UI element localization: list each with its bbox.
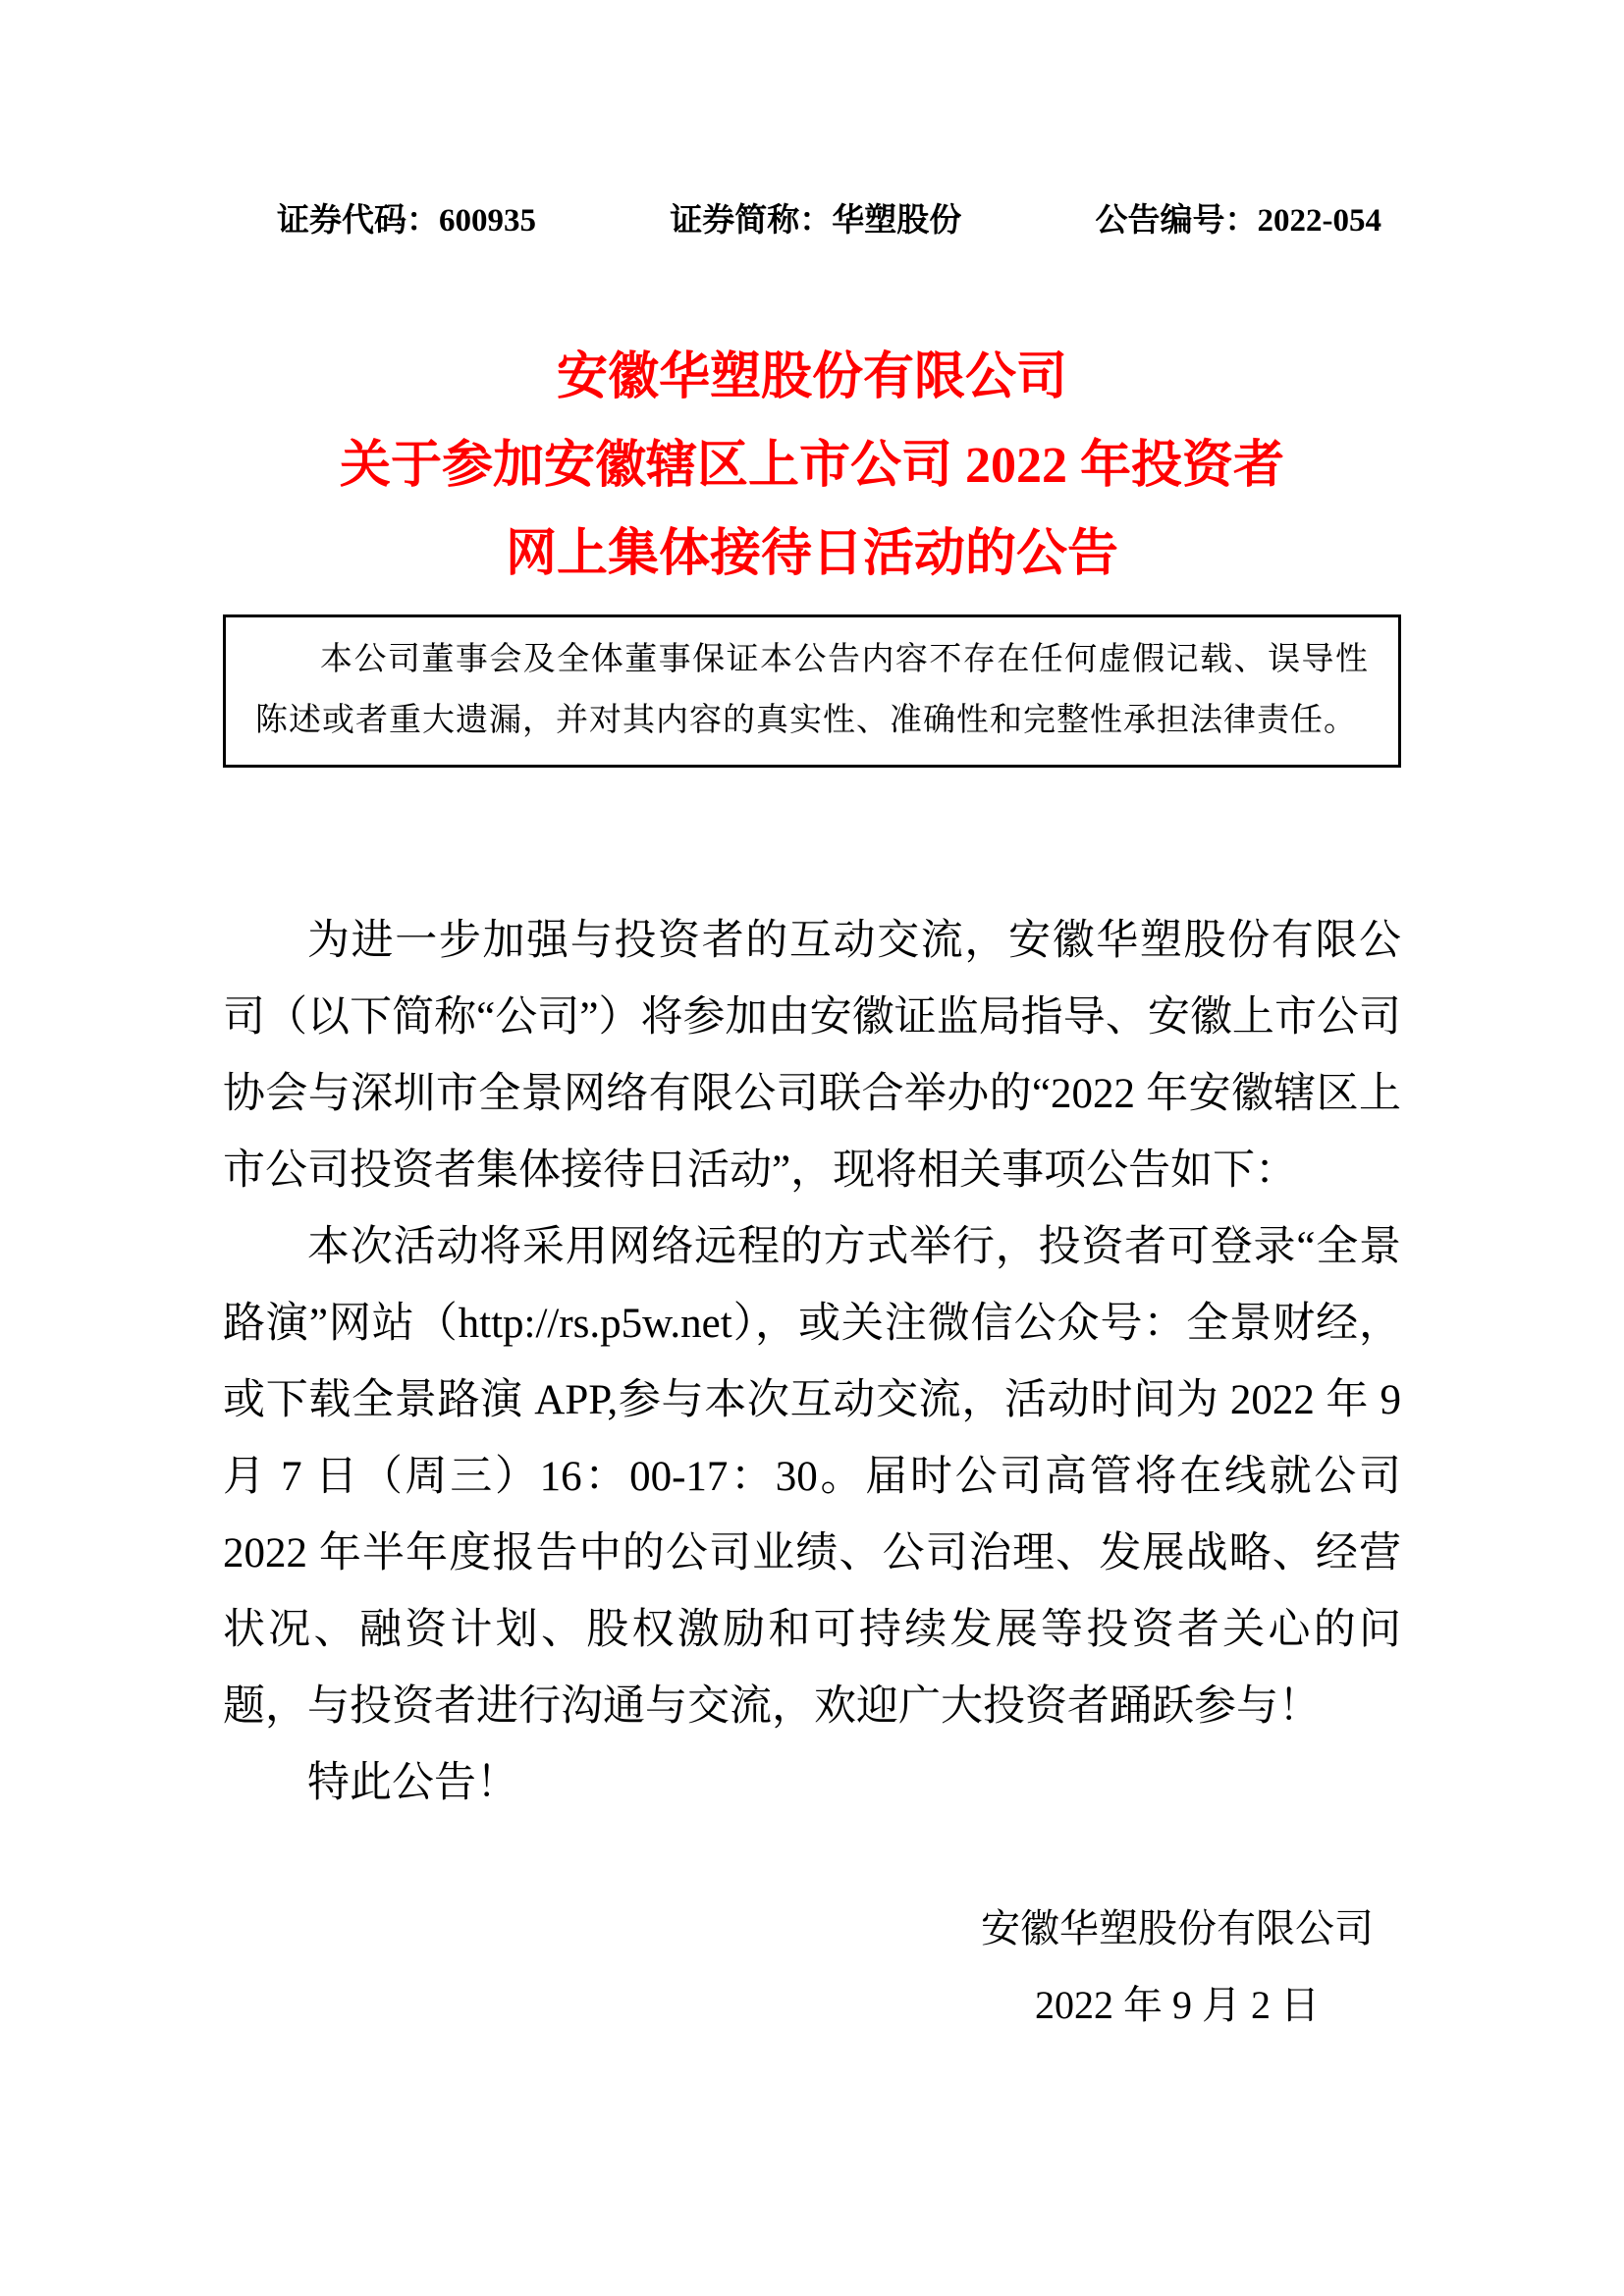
page-content: 证券代码：600935 证券简称：华塑股份 公告编号：2022-054 安徽华塑…: [223, 0, 1401, 2044]
announcement-number: 公告编号：2022-054: [1096, 201, 1382, 240]
body-paragraph-3: 特此公告！: [223, 1745, 1401, 1822]
title-line-2: 关于参加安徽辖区上市公司 2022 年投资者: [223, 422, 1401, 510]
signature-block: 安徽华塑股份有限公司 2022 年 9 月 2 日: [981, 1891, 1374, 2044]
document-page: { "header": { "stock_code": "证券代码：600935…: [0, 0, 1624, 2296]
stock-abbr: 证券简称：华塑股份: [670, 201, 961, 240]
title-line-1: 安徽华塑股份有限公司: [223, 334, 1401, 422]
title-line-3: 网上集体接待日活动的公告: [223, 510, 1401, 599]
doc-title: 安徽华塑股份有限公司 关于参加安徽辖区上市公司 2022 年投资者 网上集体接待…: [223, 334, 1401, 599]
stock-code: 证券代码：600935: [277, 201, 536, 240]
signature-date: 2022 年 9 月 2 日: [981, 1967, 1374, 2044]
doc-header: 证券代码：600935 证券简称：华塑股份 公告编号：2022-054: [223, 201, 1401, 240]
body-paragraph-1: 为进一步加强与投资者的互动交流，安徽华塑股份有限公司（以下简称“公司”）将参加由…: [223, 903, 1401, 1209]
disclaimer-text: 本公司董事会及全体董事保证本公告内容不存在任何虚假记载、误导性陈述或者重大遗漏，…: [255, 629, 1369, 751]
disclaimer-box: 本公司董事会及全体董事保证本公告内容不存在任何虚假记载、误导性陈述或者重大遗漏，…: [223, 614, 1401, 768]
body-text: 为进一步加强与投资者的互动交流，安徽华塑股份有限公司（以下简称“公司”）将参加由…: [223, 903, 1401, 1822]
body-paragraph-2: 本次活动将采用网络远程的方式举行，投资者可登录“全景路演”网站（http://r…: [223, 1209, 1401, 1745]
signature-company: 安徽华塑股份有限公司: [981, 1891, 1374, 1967]
